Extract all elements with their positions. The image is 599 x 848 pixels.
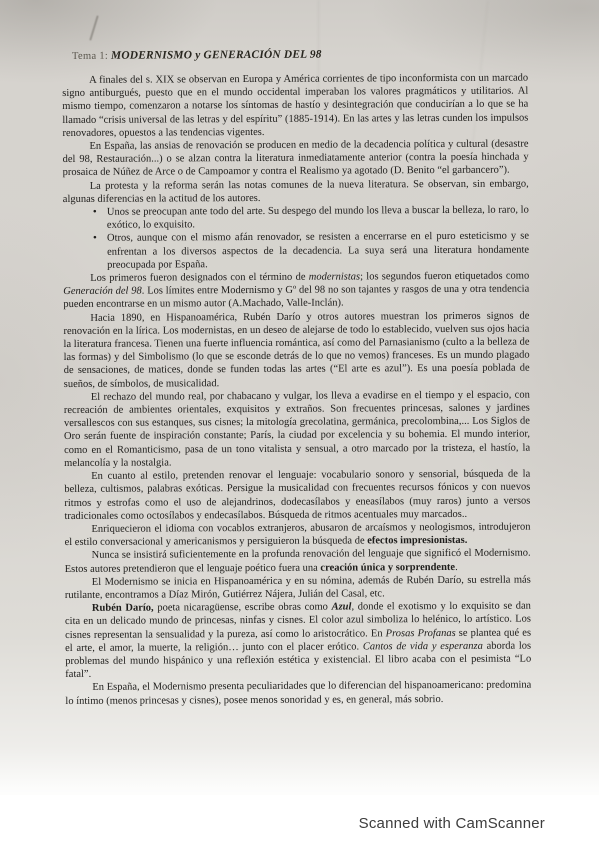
bullet-item: Unos se preocupan ante todo del arte. Su… bbox=[90, 204, 529, 233]
paragraph: El Modernismo se inicia en Hispanoaméric… bbox=[65, 573, 531, 602]
title-prefix: Tema 1: bbox=[72, 51, 111, 62]
paragraph: Los primeros fueron designados con el té… bbox=[63, 270, 529, 312]
text-segment: A finales del s. XIX se observan en Euro… bbox=[62, 73, 528, 139]
document-page: Tema 1: MODERNISMO y GENERACIÓN DEL 98 A… bbox=[62, 48, 531, 708]
text-segment: . bbox=[455, 561, 458, 572]
text-segment: Cantos de vida y esperanza bbox=[363, 641, 483, 653]
bullet-item: Otros, aunque con el mismo afán renovado… bbox=[90, 230, 529, 272]
text-segment: El Modernismo se inicia en Hispanoaméric… bbox=[65, 574, 531, 601]
paragraph: El rechazo del mundo real, por chabacano… bbox=[64, 388, 530, 470]
paragraph: La protesta y la reforma serán las notas… bbox=[63, 177, 529, 206]
text-segment: Azul bbox=[332, 602, 352, 613]
text-segment: Hacia 1890, en Hispanoamérica, Rubén Dar… bbox=[63, 310, 529, 389]
document-body: A finales del s. XIX se observan en Euro… bbox=[62, 72, 531, 708]
paragraph: En España, las ansias de renovación se p… bbox=[62, 138, 528, 180]
text-segment: Prosas Profanas bbox=[386, 627, 456, 638]
page-title: Tema 1: MODERNISMO y GENERACIÓN DEL 98 bbox=[72, 48, 528, 62]
text-segment: Unos se preocupan ante todo del arte. Su… bbox=[107, 205, 529, 231]
text-segment: creación única y sorprendente bbox=[320, 561, 455, 573]
paragraph: A finales del s. XIX se observan en Euro… bbox=[62, 72, 528, 140]
text-segment: efectos impresionistas. bbox=[367, 535, 467, 547]
text-segment: Los primeros fueron designados con el té… bbox=[90, 272, 309, 284]
text-segment: Generación del 98 bbox=[63, 286, 142, 297]
text-segment: En España, las ansias de renovación se p… bbox=[63, 139, 529, 179]
text-segment: Nunca se insistirá suficientemente en la… bbox=[65, 548, 531, 575]
title-main: MODERNISMO y GENERACIÓN DEL 98 bbox=[111, 49, 322, 62]
text-segment: En cuanto al estilo, pretenden renovar e… bbox=[64, 469, 530, 522]
paragraph: Nunca se insistirá suficientemente en la… bbox=[65, 547, 531, 576]
text-segment: poeta nicaragüense, escribe obras como bbox=[154, 602, 332, 614]
text-segment: Rubén Darío, bbox=[92, 603, 154, 614]
text-segment: modernistas bbox=[309, 271, 360, 282]
scanned-page: Tema 1: MODERNISMO y GENERACIÓN DEL 98 A… bbox=[0, 0, 599, 848]
text-segment: ; los segundos fueron etiquetados como bbox=[360, 271, 529, 283]
paragraph: Hacia 1890, en Hispanoamérica, Rubén Dar… bbox=[63, 309, 529, 391]
paragraph: En España, el Modernismo presenta peculi… bbox=[65, 679, 531, 708]
paragraph: En cuanto al estilo, pretenden renovar e… bbox=[64, 468, 530, 523]
paragraph: Rubén Darío, poeta nicaragüense, escribe… bbox=[65, 600, 531, 682]
paper-crease-mark bbox=[89, 15, 99, 40]
text-segment: En España, el Modernismo presenta peculi… bbox=[65, 680, 531, 707]
text-segment: El rechazo del mundo real, por chabacano… bbox=[64, 389, 530, 468]
camscanner-footer: Scanned with CamScanner bbox=[0, 795, 599, 848]
camscanner-watermark: Scanned with CamScanner bbox=[359, 815, 545, 832]
text-segment: Otros, aunque con el mismo afán renovado… bbox=[107, 231, 529, 271]
paragraph: Enriquecieron el idioma con vocablos ext… bbox=[64, 520, 530, 549]
text-segment: La protesta y la reforma serán las notas… bbox=[63, 178, 529, 205]
